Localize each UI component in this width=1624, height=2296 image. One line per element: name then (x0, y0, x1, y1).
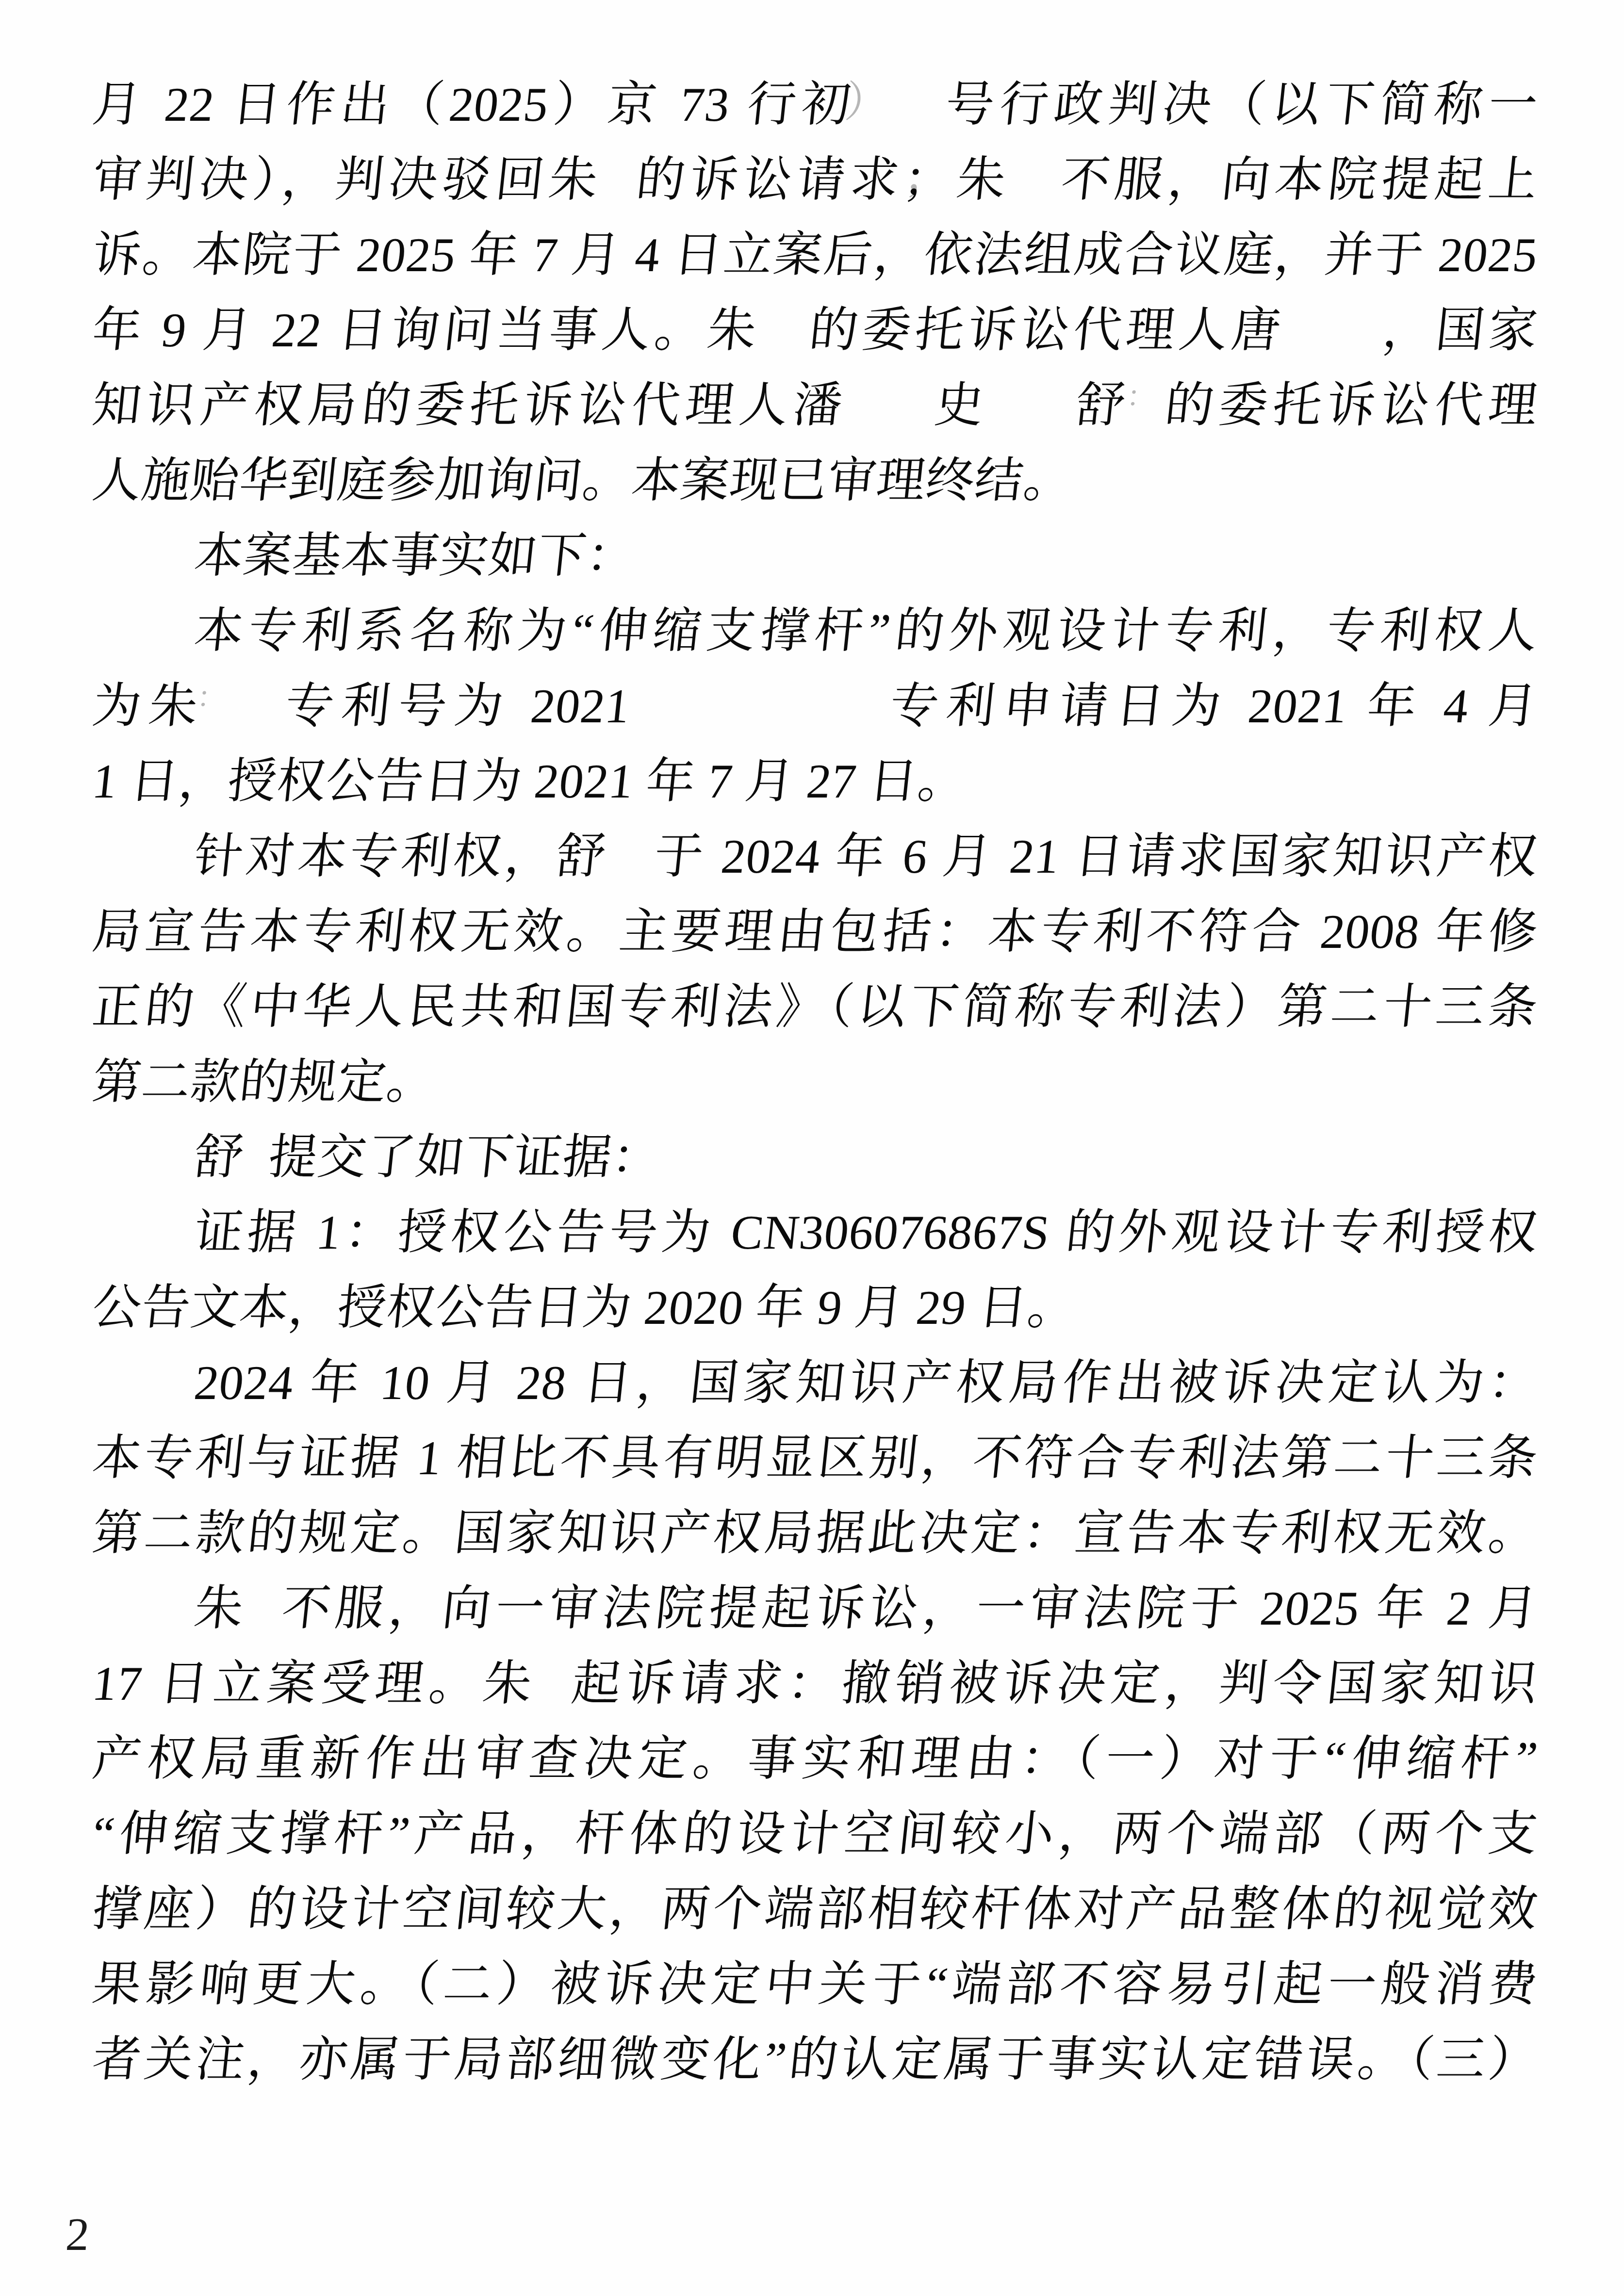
redaction-remnant-mark: ： (1125, 382, 1157, 411)
text-line: 人施贻华到庭参加询问。本案现已审理终结。 (89, 444, 1542, 519)
text-line: 本案基本事实如下： (89, 519, 1542, 594)
text-line: 月 22 日作出（2025）京 73 行初 号行政判决（以下简称一 (89, 68, 1542, 143)
judgment-body-text: 月 22 日作出（2025）京 73 行初 号行政判决（以下简称一审判决），判决… (92, 68, 1537, 2098)
text-line: 撑座）的设计空间较大，两个端部相较杆体对产品整体的视觉效 (89, 1873, 1542, 1948)
page-number: 2 (65, 2211, 91, 2258)
text-line: “伸缩支撑杆”产品，杆体的设计空间较小，两个端部（两个支 (89, 1797, 1542, 1873)
text-line: 针对本专利权，舒 于 2024 年 6 月 21 日请求国家知识产权 (89, 820, 1542, 895)
text-line: 者关注，亦属于局部细微变化”的认定属于事实认定错误。（三） (89, 2023, 1542, 2098)
redaction-remnant-mark: ： (196, 683, 228, 712)
text-line: 舒 提交了如下证据： (89, 1121, 1542, 1196)
text-line: 年 9 月 22 日询问当事人。朱 的委托诉讼代理人唐 ，国家 (89, 293, 1542, 369)
text-line: 第二款的规定。国家知识产权局据此决定：宣告本专利权无效。 (89, 1497, 1542, 1572)
text-line: 朱 不服，向一审法院提起诉讼，一审法院于 2025 年 2 月 (89, 1572, 1542, 1647)
text-line: 果影响更大。（二）被诉决定中关于“端部不容易引起一般消费 (89, 1948, 1542, 2023)
redaction-remnant-mark: ， (906, 154, 953, 197)
scanned-judgment-page: 月 22 日作出（2025）京 73 行初 号行政判决（以下简称一审判决），判决… (0, 0, 1624, 2296)
text-line: 产权局重新作出审查决定。事实和理由：（一）对于“伸缩杆” (89, 1722, 1542, 1797)
text-line: 2024 年 10 月 28 日，国家知识产权局作出被诉决定认为： (89, 1346, 1542, 1421)
text-line: 为朱 专利号为 2021 专利申请日为 2021 年 4 月 (89, 669, 1542, 745)
text-line: 审判决），判决驳回朱 的诉讼请求；朱 不服，向本院提起上 (89, 143, 1542, 218)
text-line: 本专利系名称为“伸缩支撑杆”的外观设计专利，专利权人 (89, 594, 1542, 669)
text-line: 诉。本院于 2025 年 7 月 4 日立案后，依法组成合议庭，并于 2025 (89, 218, 1542, 293)
text-line: 局宣告本专利权无效。主要理由包括：本专利不符合 2008 年修 (89, 895, 1542, 970)
text-line: 证据 1：授权公告号为 CN306076867S 的外观设计专利授权 (89, 1196, 1542, 1271)
text-line: 1 日，授权公告日为 2021 年 7 月 27 日。 (89, 745, 1542, 820)
redaction-remnant-mark: ） (843, 81, 890, 124)
text-line: 17 日立案受理。朱 起诉请求：撤销被诉决定，判令国家知识 (89, 1647, 1542, 1722)
text-line: 公告文本，授权公告日为 2020 年 9 月 29 日。 (89, 1271, 1542, 1346)
text-line: 第二款的规定。 (89, 1045, 1542, 1121)
text-line: 知识产权局的委托诉讼代理人潘 史 舒 的委托诉讼代理 (89, 369, 1542, 444)
text-line: 正的《中华人民共和国专利法》（以下简称专利法）第二十三条 (89, 970, 1542, 1045)
text-line: 本专利与证据 1 相比不具有明显区别，不符合专利法第二十三条 (89, 1421, 1542, 1497)
